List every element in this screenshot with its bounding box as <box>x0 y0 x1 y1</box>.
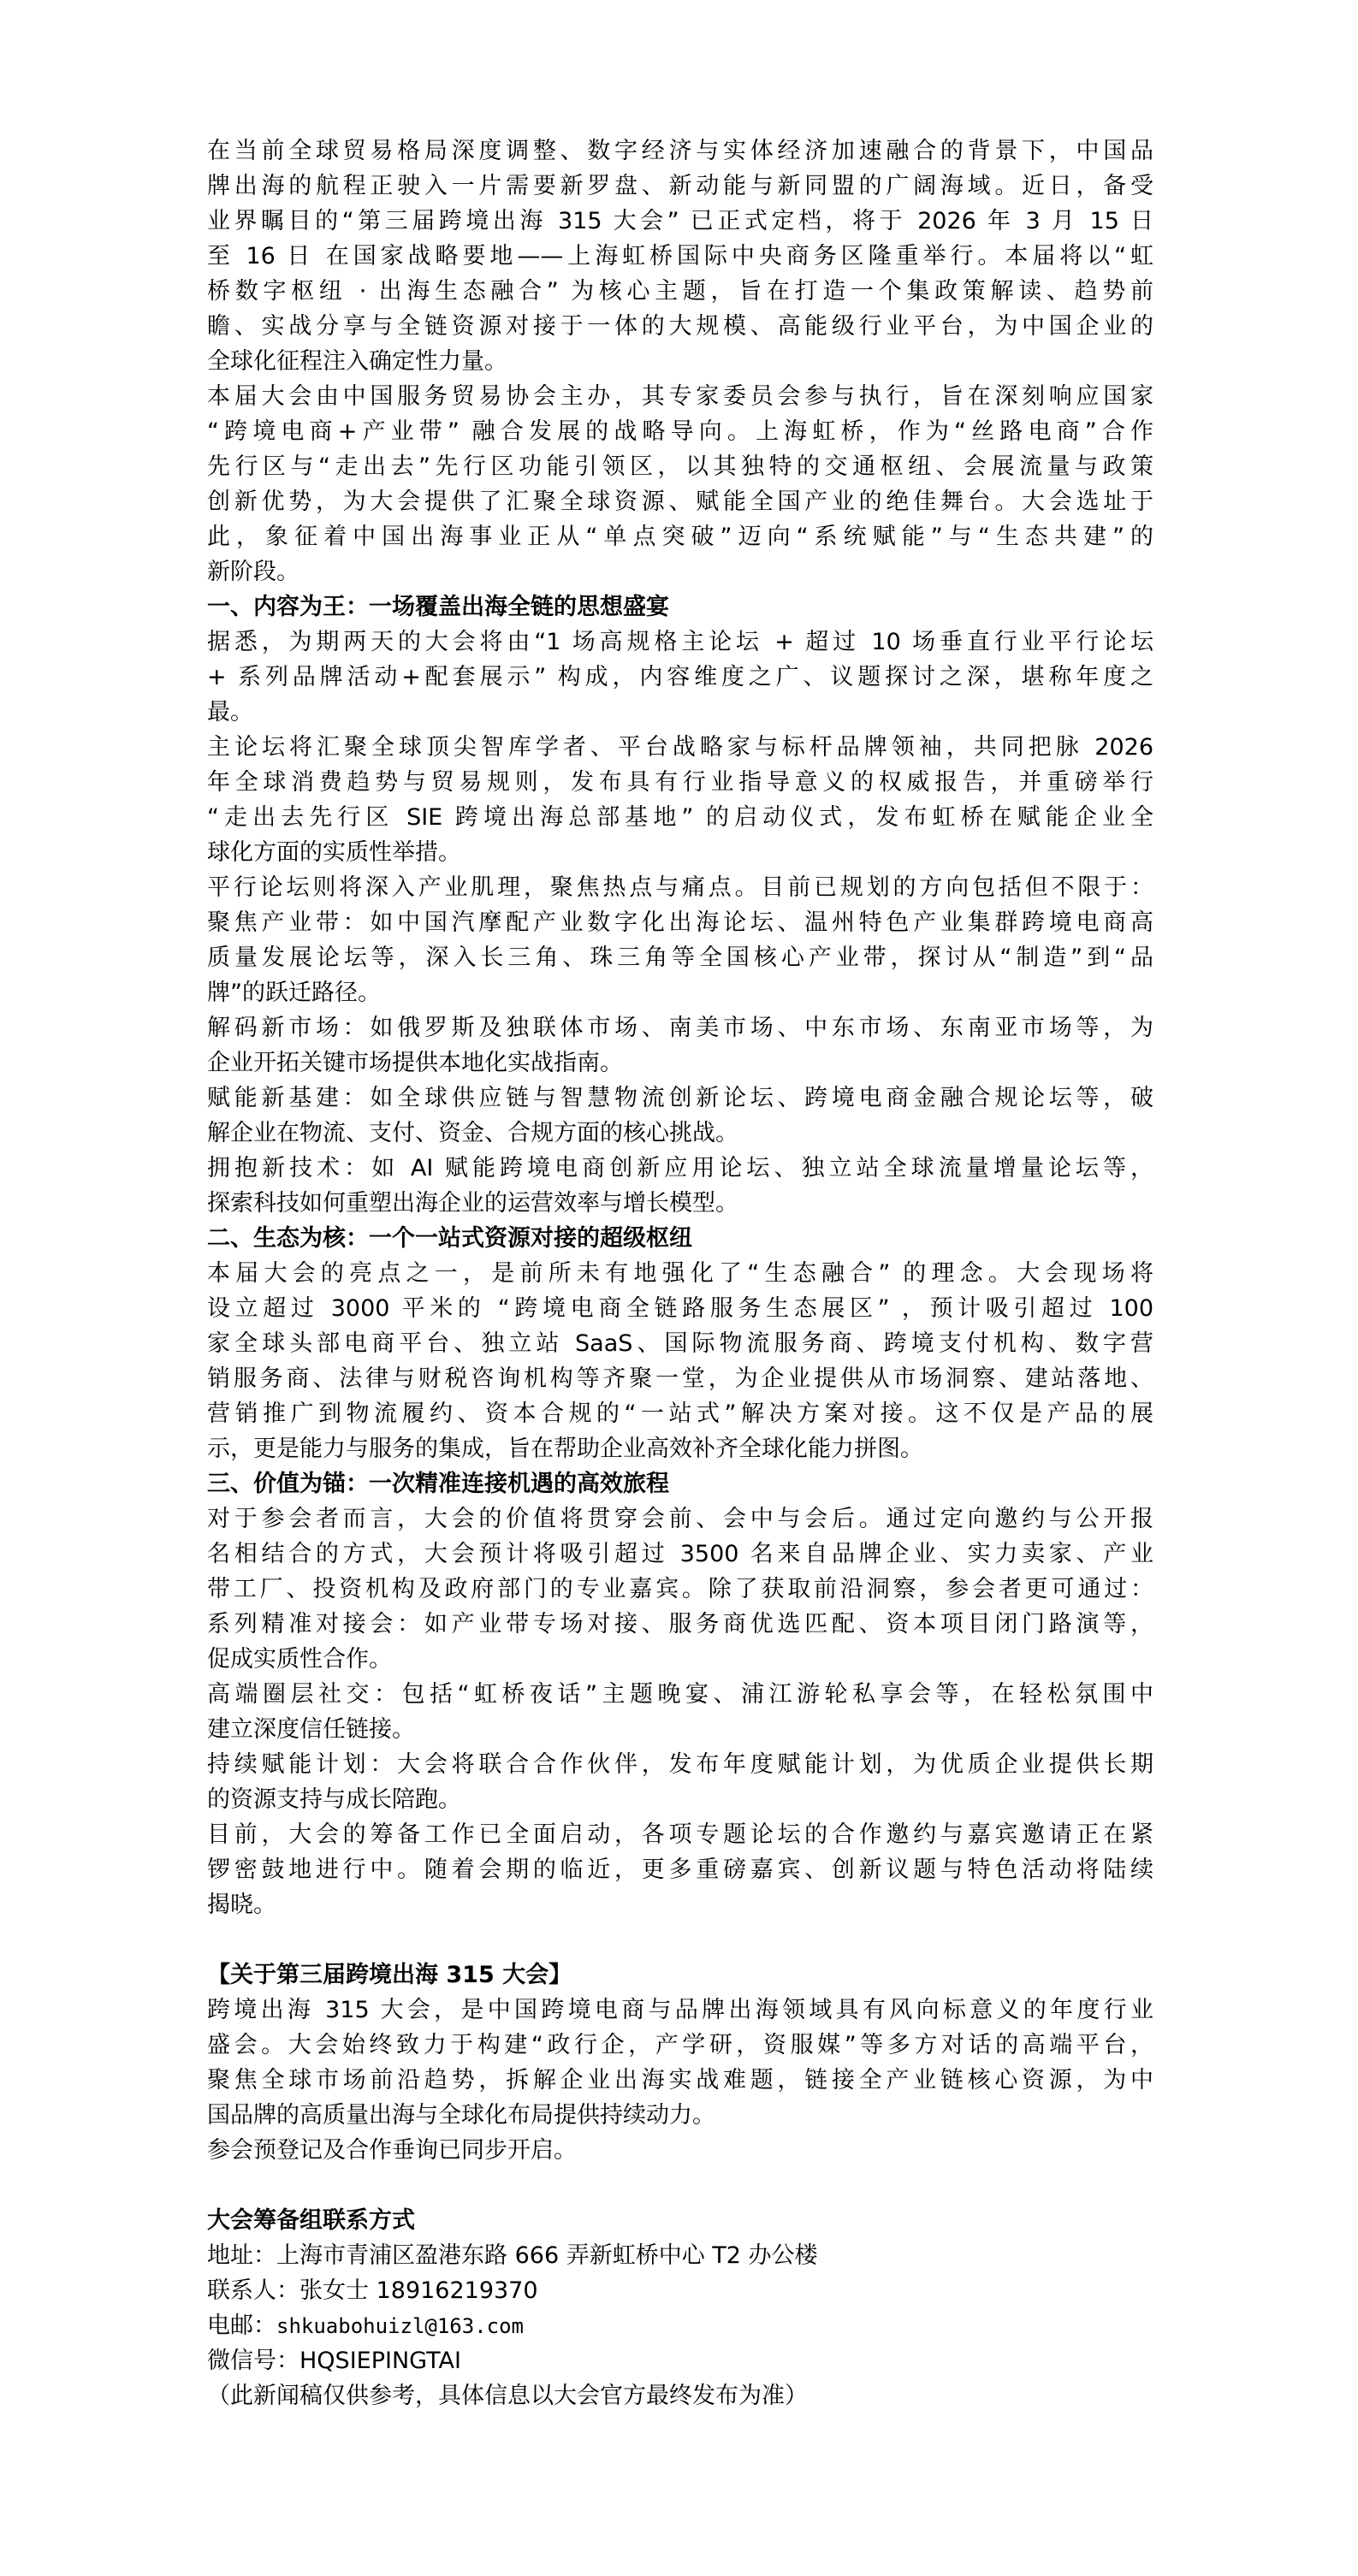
text-line: “跨境电商+产业带” 融合发展的战略导向。上海虹桥，作为“丝路电商”合作 <box>207 414 1153 449</box>
intro-paragraph-1: 在当前全球贸易格局深度调整、数字经济与实体经济加速融合的背景下，中国品 牌出海的… <box>207 133 1153 379</box>
section-heading: 二、生态为核：一个一站式资源对接的超级枢纽 <box>207 1221 1153 1256</box>
person-value: 张女士 18916219370 <box>299 2277 538 2304</box>
text-line: 桥数字枢纽 · 出海生态融合” 为核心主题，旨在打造一个集政策解读、趋势前 <box>207 274 1153 309</box>
text-line: “走出去先行区 SIE 跨境出海总部基地” 的启动仪式，发布虹桥在赋能企业全 <box>207 800 1153 835</box>
contact-heading: 大会筹备组联系方式 <box>207 2203 1153 2238</box>
text-line: 拥抱新技术：如 AI 赋能跨境电商创新应用论坛、独立站全球流量增量论坛等， <box>207 1151 1153 1186</box>
text-line: 据悉，为期两天的大会将由“1 场高规格主论坛 + 超过 10 场垂直行业平行论坛 <box>207 625 1153 660</box>
text-line: 解企业在物流、支付、资金、合规方面的核心挑战。 <box>207 1116 1153 1151</box>
section-3-item-empowerment: 持续赋能计划：大会将联合合作伙伴，发布年度赋能计划，为优质企业提供长期 的资源支… <box>207 1747 1153 1817</box>
section-1-heading: 一、内容为王：一场覆盖出海全链的思想盛宴 <box>207 589 1153 625</box>
text-line: 解码新市场：如俄罗斯及独联体市场、南美市场、中东市场、东南亚市场等，为 <box>207 1010 1153 1045</box>
text-line: 持续赋能计划：大会将联合合作伙伴，发布年度赋能计划，为优质企业提供长期 <box>207 1747 1153 1782</box>
text-line: 至 16 日 在国家战略要地——上海虹桥国际中央商务区隆重举行。本届将以“虹 <box>207 239 1153 274</box>
contact-info: 地址：上海市青浦区盈港东路 666 弄新虹桥中心 T2 办公楼 联系人：张女士 … <box>207 2238 1153 2413</box>
section-2-heading: 二、生态为核：一个一站式资源对接的超级枢纽 <box>207 1221 1153 1256</box>
section-3-paragraph-1: 对于参会者而言，大会的价值将贯穿会前、会中与会后。通过定向邀约与公开报 名相结合… <box>207 1501 1153 1607</box>
section-3-item-networking: 高端圈层社交：包括“虹桥夜话”主题晚宴、浦江游轮私享会等，在轻松氛围中 建立深度… <box>207 1677 1153 1747</box>
section-1-paragraph-1: 据悉，为期两天的大会将由“1 场高规格主论坛 + 超过 10 场垂直行业平行论坛… <box>207 625 1153 730</box>
text-line: 业界瞩目的“第三届跨境出海 315 大会” 已正式定档，将于 2026 年 3 … <box>207 204 1153 239</box>
text-line: 建立深度信任链接。 <box>207 1712 1153 1747</box>
person-label: 联系人： <box>207 2277 299 2304</box>
about-paragraph: 跨境出海 315 大会，是中国跨境电商与品牌出海领域具有风向标意义的年度行业 盛… <box>207 1993 1153 2133</box>
disclaimer: （此新闻稿仅供参考，具体信息以大会官方最终发布为准） <box>207 2378 1153 2413</box>
section-2-paragraph-1: 本届大会的亮点之一，是前所未有地强化了“生态融合” 的理念。大会现场将 设立超过… <box>207 1256 1153 1466</box>
text-line: 销服务商、法律与财税咨询机构等齐聚一堂，为企业提供从市场洞察、建站落地、 <box>207 1361 1153 1396</box>
text-line: 全球化征程注入确定性力量。 <box>207 344 1153 379</box>
wechat-label: 微信号： <box>207 2348 299 2374</box>
text-line: 示，更是能力与服务的集成，旨在帮助企业高效补齐全球化能力拼图。 <box>207 1431 1153 1466</box>
text-line: 聚焦全球市场前沿趋势，拆解企业出海实战难题，链接全产业链核心资源，为中 <box>207 2063 1153 2098</box>
text-line: 平行论坛则将深入产业肌理，聚焦热点与痛点。目前已规划的方向包括但不限于： <box>207 870 1153 905</box>
text-line: 本届大会的亮点之一，是前所未有地强化了“生态融合” 的理念。大会现场将 <box>207 1256 1153 1291</box>
text-line: 锣密鼓地进行中。随着会期的临近，更多重磅嘉宾、创新议题与特色活动将陆续 <box>207 1852 1153 1887</box>
text-line: 目前，大会的筹备工作已全面启动，各项专题论坛的合作邀约与嘉宾邀请正在紧 <box>207 1817 1153 1852</box>
wechat-value: HQSIEPINGTAI <box>299 2348 461 2374</box>
section-1-paragraph-2: 主论坛将汇聚全球顶尖智库学者、平台战略家与标杆品牌领袖，共同把脉 2026 年全… <box>207 730 1153 870</box>
about-heading: 【关于第三届跨境出海 315 大会】 <box>207 1957 1153 1993</box>
section-heading: 三、价值为锚：一次精准连接机遇的高效旅程 <box>207 1466 1153 1501</box>
email-label: 电邮： <box>207 2312 276 2339</box>
intro-paragraph-2: 本届大会由中国服务贸易协会主办，其专家委员会参与执行，旨在深刻响应国家 “跨境电… <box>207 379 1153 589</box>
section-1-paragraph-3: 平行论坛则将深入产业肌理，聚焦热点与痛点。目前已规划的方向包括但不限于： <box>207 870 1153 905</box>
registration-note: 参会预登记及合作垂询已同步开启。 <box>207 2133 1153 2168</box>
text-line: 在当前全球贸易格局深度调整、数字经济与实体经济加速融合的背景下，中国品 <box>207 133 1153 169</box>
text-line: 的资源支持与成长陪跑。 <box>207 1782 1153 1817</box>
section-heading: 一、内容为王：一场覆盖出海全链的思想盛宴 <box>207 589 1153 625</box>
text-line: 本届大会由中国服务贸易协会主办，其专家委员会参与执行，旨在深刻响应国家 <box>207 379 1153 414</box>
text-line: 主论坛将汇聚全球顶尖智库学者、平台战略家与标杆品牌领袖，共同把脉 2026 <box>207 730 1153 765</box>
text-line: 系列精准对接会：如产业带专场对接、服务商优选匹配、资本项目闭门路演等， <box>207 1607 1153 1642</box>
section-1-item-infrastructure: 赋能新基建：如全球供应链与智慧物流创新论坛、跨境电商金融合规论坛等，破 解企业在… <box>207 1081 1153 1151</box>
spacer <box>207 1922 1153 1957</box>
section-heading: 【关于第三届跨境出海 315 大会】 <box>207 1957 1153 1993</box>
text-line: 名相结合的方式，大会预计将吸引超过 3500 名来自品牌企业、实力卖家、产业 <box>207 1537 1153 1572</box>
text-line: 高端圈层社交：包括“虹桥夜话”主题晚宴、浦江游轮私享会等，在轻松氛围中 <box>207 1677 1153 1712</box>
text-line: 家全球头部电商平台、独立站 SaaS、国际物流服务商、跨境支付机构、数字营 <box>207 1326 1153 1361</box>
email-value[interactable]: shkuabohuizl@163.com <box>276 2314 524 2338</box>
text-line: 先行区与“走出去”先行区功能引领区，以其独特的交通枢纽、会展流量与政策 <box>207 449 1153 484</box>
text-line: 揭晓。 <box>207 1887 1153 1922</box>
text-line: + 系列品牌活动+配套展示” 构成，内容维度之广、议题探讨之深，堪称年度之 <box>207 660 1153 695</box>
text-line: 质量发展论坛等，深入长三角、珠三角等全国核心产业带，探讨从“制造”到“品 <box>207 940 1153 975</box>
text-line: 聚焦产业带：如中国汽摩配产业数字化出海论坛、温州特色产业集群跨境电商高 <box>207 905 1153 940</box>
spacer <box>207 2168 1153 2203</box>
text-line: 促成实质性合作。 <box>207 1642 1153 1677</box>
text-line: 探索科技如何重塑出海企业的运营效率与增长模型。 <box>207 1186 1153 1221</box>
text-line: 设立超过 3000 平米的 “跨境电商全链路服务生态展区” ，预计吸引超过 10… <box>207 1291 1153 1326</box>
contact-email: 电邮：shkuabohuizl@163.com <box>207 2308 1153 2343</box>
contact-wechat: 微信号：HQSIEPINGTAI <box>207 2343 1153 2378</box>
section-1-item-new-markets: 解码新市场：如俄罗斯及独联体市场、南美市场、中东市场、东南亚市场等，为 企业开拓… <box>207 1010 1153 1081</box>
section-1-item-new-tech: 拥抱新技术：如 AI 赋能跨境电商创新应用论坛、独立站全球流量增量论坛等， 探索… <box>207 1151 1153 1221</box>
text-line: 参会预登记及合作垂询已同步开启。 <box>207 2133 1153 2168</box>
text-line: 球化方面的实质性举措。 <box>207 835 1153 870</box>
text-line: 跨境出海 315 大会，是中国跨境电商与品牌出海领域具有风向标意义的年度行业 <box>207 1993 1153 2028</box>
text-line: 企业开拓关键市场提供本地化实战指南。 <box>207 1045 1153 1081</box>
contact-address: 地址：上海市青浦区盈港东路 666 弄新虹桥中心 T2 办公楼 <box>207 2238 1153 2273</box>
press-release-document: 在当前全球贸易格局深度调整、数字经济与实体经济加速融合的背景下，中国品 牌出海的… <box>207 133 1153 2413</box>
text-line: 赋能新基建：如全球供应链与智慧物流创新论坛、跨境电商金融合规论坛等，破 <box>207 1081 1153 1116</box>
text-line: 创新优势，为大会提供了汇聚全球资源、赋能全国产业的绝佳舞台。大会选址于 <box>207 484 1153 519</box>
text-line: 新阶段。 <box>207 554 1153 589</box>
text-line: 牌出海的航程正驶入一片需要新罗盘、新动能与新同盟的广阔海域。近日，备受 <box>207 169 1153 204</box>
address-value: 上海市青浦区盈港东路 666 弄新虹桥中心 T2 办公楼 <box>276 2242 818 2269</box>
section-3-item-matchmaking: 系列精准对接会：如产业带专场对接、服务商优选匹配、资本项目闭门路演等， 促成实质… <box>207 1607 1153 1677</box>
section-heading: 大会筹备组联系方式 <box>207 2203 1153 2238</box>
text-line: 最。 <box>207 695 1153 730</box>
address-label: 地址： <box>207 2242 276 2269</box>
text-line: 营销推广到物流履约、资本合规的“一站式”解决方案对接。这不仅是产品的展 <box>207 1396 1153 1431</box>
section-3-heading: 三、价值为锚：一次精准连接机遇的高效旅程 <box>207 1466 1153 1501</box>
text-line: 此，象征着中国出海事业正从“单点突破”迈向“系统赋能”与“生态共建”的 <box>207 519 1153 554</box>
text-line: 年全球消费趋势与贸易规则，发布具有行业指导意义的权威报告，并重磅举行 <box>207 765 1153 800</box>
text-line: 带工厂、投资机构及政府部门的专业嘉宾。除了获取前沿洞察，参会者更可通过： <box>207 1572 1153 1607</box>
text-line: 对于参会者而言，大会的价值将贯穿会前、会中与会后。通过定向邀约与公开报 <box>207 1501 1153 1537</box>
section-3-paragraph-closing: 目前，大会的筹备工作已全面启动，各项专题论坛的合作邀约与嘉宾邀请正在紧 锣密鼓地… <box>207 1817 1153 1922</box>
contact-person: 联系人：张女士 18916219370 <box>207 2273 1153 2308</box>
section-1-item-industry-belt: 聚焦产业带：如中国汽摩配产业数字化出海论坛、温州特色产业集群跨境电商高 质量发展… <box>207 905 1153 1010</box>
text-line: 牌”的跃迁路径。 <box>207 975 1153 1010</box>
text-line: 国品牌的高质量出海与全球化布局提供持续动力。 <box>207 2098 1153 2133</box>
text-line: 盛会。大会始终致力于构建“政行企，产学研，资服媒”等多方对话的高端平台， <box>207 2028 1153 2063</box>
text-line: 瞻、实战分享与全链资源对接于一体的大规模、高能级行业平台，为中国企业的 <box>207 309 1153 344</box>
